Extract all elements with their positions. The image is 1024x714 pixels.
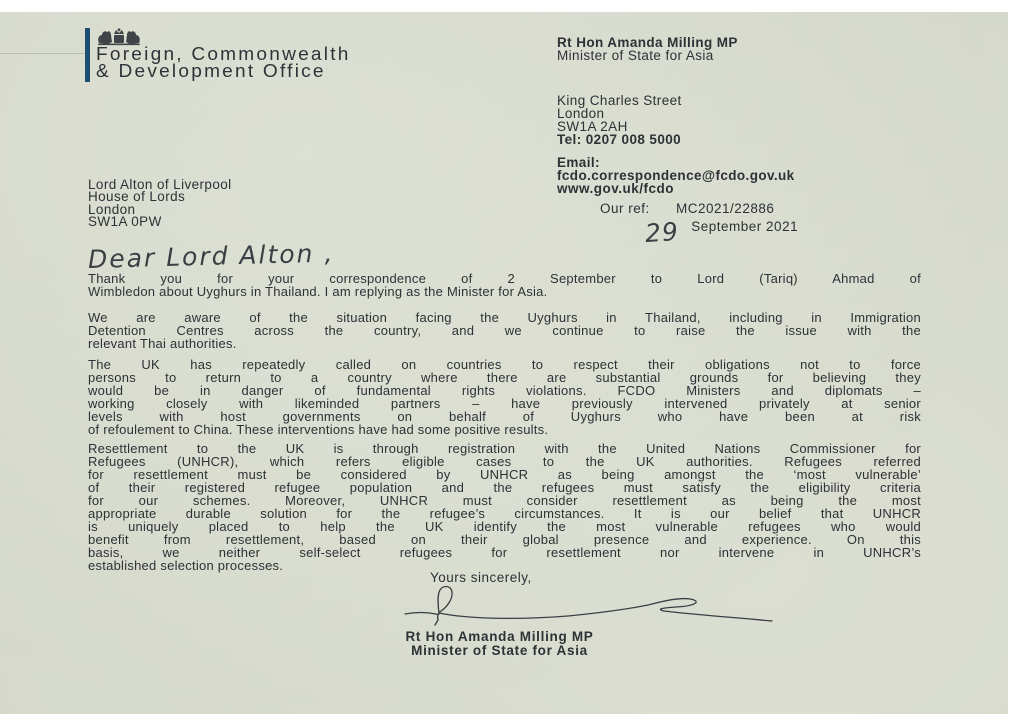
reference-line: Our ref: MC2021/22886 (600, 201, 774, 216)
letterhead-department-name: Foreign, Commonwealth & Development Offi… (96, 46, 351, 79)
body-line: Wimbledon about Uyghurs in Thailand. I a… (88, 285, 921, 298)
body-paragraph-3: The UK has repeatedly called on countrie… (88, 358, 921, 436)
body-line: relevant Thai authorities. (88, 337, 921, 350)
reference-label: Our ref: (600, 201, 650, 216)
date-line: 29 September 2021 (645, 218, 798, 247)
date-month-year: September 2021 (691, 219, 798, 234)
sender-contact-block: Rt Hon Amanda Milling MP Minister of Sta… (557, 36, 977, 182)
sender-title: Minister of State for Asia (557, 49, 977, 62)
handwritten-day: 29 (644, 217, 680, 248)
scanned-letter-page: Foreign, Commonwealth & Development Offi… (0, 0, 1024, 714)
body-paragraph-2: We are aware of the situation facing the… (88, 311, 921, 350)
recipient-line: SW1A 0PW (88, 216, 232, 228)
department-line-2: & Development Office (96, 63, 351, 80)
sender-telephone: Tel: 0207 008 5000 (557, 133, 977, 146)
sender-address-line: King Charles Street (557, 94, 977, 107)
handwritten-signature (398, 583, 778, 627)
body-paragraph-1: Thank you for your correspondence of 2 S… (88, 272, 921, 298)
sender-website: www.gov.uk/fcdo (557, 181, 674, 196)
scan-artifact-line (0, 53, 86, 54)
signatory-name: Rt Hon Amanda Milling MP (347, 629, 652, 644)
body-line: of refoulement to China. These intervent… (88, 423, 921, 436)
signatory-title: Minister of State for Asia (347, 643, 652, 658)
recipient-address-block: Lord Alton of Liverpool House of Lords L… (88, 179, 232, 229)
letterhead-accent-bar (85, 28, 90, 82)
body-paragraph-4: Resettlement to the UK is through regist… (88, 442, 921, 572)
reference-number: MC2021/22886 (676, 201, 774, 216)
